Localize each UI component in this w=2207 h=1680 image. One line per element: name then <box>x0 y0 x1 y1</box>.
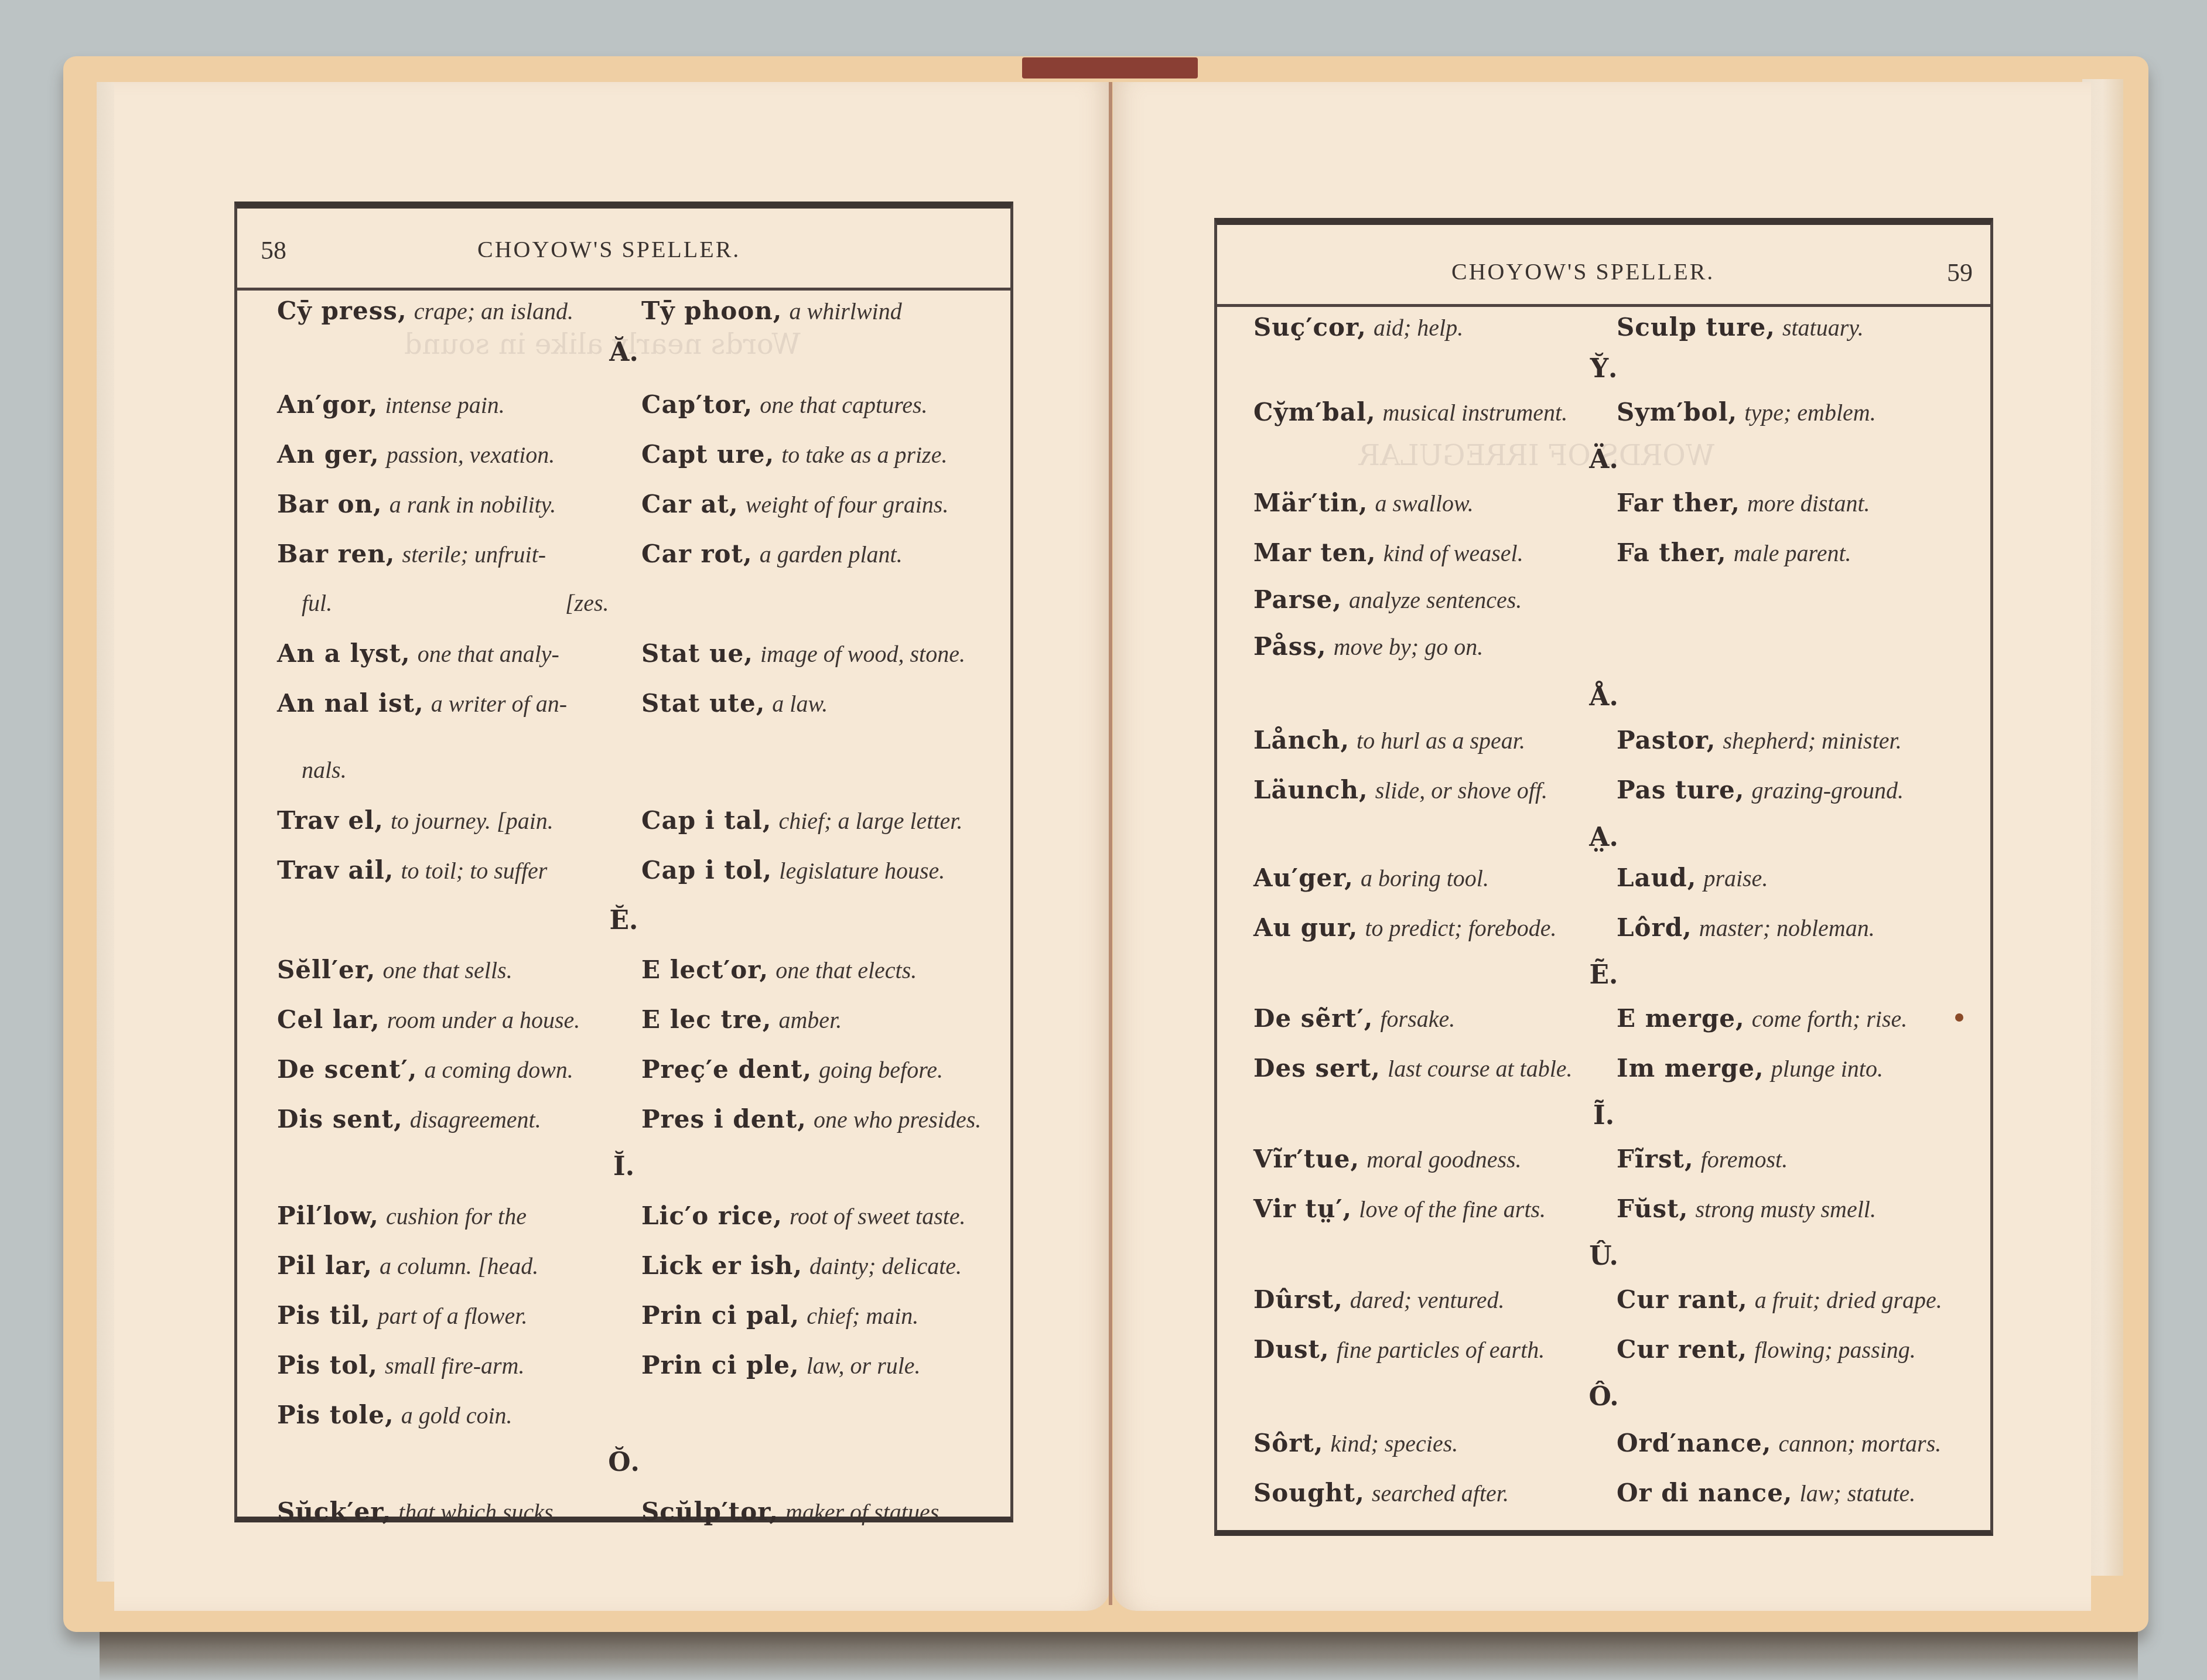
entry-word: An′gor, <box>277 390 378 419</box>
vowel-heading: Ă. <box>237 337 1010 367</box>
entry-definition: disagreement. <box>410 1107 541 1133</box>
dictionary-entry: Cap i tal, chief; a large letter. <box>641 806 962 835</box>
entry-row: Sĕll′er, one that sells.E lect′or, one t… <box>237 955 1010 996</box>
dictionary-entry: Bar on, a rank in nobility. <box>277 490 556 518</box>
dictionary-entry: Tȳ phoon, a whirlwind <box>641 296 902 325</box>
dictionary-entry: Des sert, last course at table. <box>1253 1054 1573 1083</box>
dictionary-entry: Pis til, part of a flower. <box>277 1301 527 1330</box>
entry-definition: strong musty smell. <box>1695 1196 1876 1223</box>
entry-definition: to journey. [pain. <box>391 808 554 834</box>
running-title: CHOYOW'S SPELLER. <box>1451 258 1714 285</box>
continuation-line: nals. <box>237 756 1010 797</box>
entry-word: Sym′bol, <box>1617 398 1737 426</box>
entry-word: Des sert, <box>1253 1054 1381 1083</box>
dictionary-entry: Or di nance, law; statute. <box>1617 1478 1915 1507</box>
entry-definition: a garden plant. <box>760 541 903 568</box>
entry-word: Sŭck′er, <box>277 1497 391 1526</box>
entry-row: Pil lar, a column. [head.Lick er ish, da… <box>237 1251 1010 1292</box>
dictionary-entry: Trav el, to journey. [pain. <box>277 806 554 835</box>
dictionary-entry: Lånch, to hurl as a spear. <box>1253 726 1525 754</box>
entry-definition: type; emblem. <box>1744 399 1875 426</box>
entry-definition: slide, or shove off. <box>1375 777 1547 804</box>
entry-word: Fĩrst, <box>1617 1145 1694 1173</box>
dictionary-entry: Dis sent, disagreement. <box>277 1105 541 1133</box>
entry-word: Or di nance, <box>1617 1478 1792 1507</box>
entry-definition: a swallow. <box>1375 490 1474 517</box>
dictionary-entry: Lôrd, master; nobleman. <box>1617 913 1875 942</box>
entry-definition: law; statute. <box>1800 1480 1916 1507</box>
entry-word: An ger, <box>277 440 380 469</box>
entry-definition: room under a house. <box>387 1007 580 1033</box>
left-page-frame: 58 CHOYOW'S SPELLER. Cȳ press, crape; an… <box>234 202 1013 1522</box>
entry-row: An a lyst, one that analy-Stat ue, image… <box>237 639 1010 680</box>
entry-word: Mar ten, <box>1253 538 1376 567</box>
entry-row: Lånch, to hurl as a spear.Pastor, shephe… <box>1217 726 1990 767</box>
entry-definition: forsake. <box>1380 1006 1455 1032</box>
entry-definition: a fruit; dried grape. <box>1755 1287 1942 1313</box>
entry-definition: a boring tool. <box>1361 865 1489 892</box>
entry-word: Dûrst, <box>1253 1285 1343 1314</box>
entry-word: An a lyst, <box>277 639 411 668</box>
entry-row: Vĩr′tue, moral goodness.Fĩrst, foremost. <box>1217 1145 1990 1186</box>
entry-word: Far ther, <box>1617 489 1740 517</box>
dictionary-entry: An ger, passion, vexation. <box>277 440 555 469</box>
entry-word: Capt ure, <box>641 440 774 469</box>
dictionary-entry: Prin ci pal, chief; main. <box>641 1301 918 1330</box>
entry-row: Cȳ press, crape; an island.Tȳ phoon, a w… <box>237 296 1010 337</box>
vowel-heading: Ẽ. <box>1217 960 1990 990</box>
entry-word: Trav ail, <box>277 856 394 885</box>
entry-word: E lec tre, <box>641 1005 771 1034</box>
dictionary-entry: An′gor, intense pain. <box>277 390 505 419</box>
entry-definition: to toil; to suffer <box>401 858 547 884</box>
entry-word: Lôrd, <box>1617 913 1692 942</box>
entry-definition: one who presides. <box>814 1107 981 1133</box>
entry-definition: one that captures. <box>760 392 927 418</box>
entry-definition: male parent. <box>1734 540 1851 566</box>
entry-row: De scent′, a coming down.Preç′e dent, go… <box>237 1055 1010 1096</box>
vowel-heading: Ĭ. <box>237 1152 1010 1182</box>
entry-definition: a whirlwind <box>789 298 901 325</box>
dictionary-entry: Cap i tol, legislature house. <box>641 856 945 885</box>
dictionary-entry: Au′ger, a boring tool. <box>1253 863 1489 892</box>
dictionary-entry: Pastor, shepherd; minister. <box>1617 726 1902 754</box>
entry-word: Påss, <box>1253 632 1327 661</box>
dictionary-entry: Fŭst, strong musty smell. <box>1617 1194 1876 1223</box>
dictionary-entry: Au gur, to predict; forebode. <box>1253 913 1556 942</box>
running-head: CHOYOW'S SPELLER. 59 <box>1217 231 1990 307</box>
entry-definition: statuary. <box>1782 315 1864 341</box>
entry-word: Suç′cor, <box>1253 313 1366 342</box>
entry-word: Scŭlp′tor, <box>641 1497 778 1526</box>
entry-word: Trav el, <box>277 806 384 835</box>
entry-row: Läunch, slide, or shove off.Pas ture, gr… <box>1217 776 1990 817</box>
entry-word: Tȳ phoon, <box>641 296 782 325</box>
dictionary-entry: Fa ther, male parent. <box>1617 538 1851 567</box>
dictionary-entry: Pas ture, grazing-ground. <box>1617 776 1904 804</box>
entry-word: De sẽrt′, <box>1253 1004 1373 1033</box>
entry-word: Sculp ture, <box>1617 313 1775 342</box>
entry-row: Au gur, to predict; forebode.Lôrd, maste… <box>1217 913 1990 954</box>
entry-word: Dust, <box>1253 1335 1330 1364</box>
entry-definition: image of wood, stone. <box>760 641 965 667</box>
dictionary-entry: Cur rant, a fruit; dried grape. <box>1617 1285 1942 1314</box>
dictionary-entry: De scent′, a coming down. <box>277 1055 573 1084</box>
entry-word: Au gur, <box>1253 913 1358 942</box>
entry-word: Pis til, <box>277 1301 371 1330</box>
entry-word: Cap′tor, <box>641 390 753 419</box>
entry-definition: dainty; delicate. <box>809 1253 962 1279</box>
entry-definition: a coming down. <box>424 1057 573 1083</box>
entry-definition: to predict; forebode. <box>1365 915 1556 941</box>
entry-row: Parse, analyze sentences. <box>1217 585 1990 626</box>
dictionary-entry: Suç′cor, aid; help. <box>1253 313 1463 342</box>
entry-word: Stat ute, <box>641 689 765 718</box>
entry-definition: move by; go on. <box>1334 634 1483 660</box>
entry-word: E merge, <box>1617 1004 1745 1033</box>
entry-definition: flowing; passing. <box>1754 1337 1916 1363</box>
entry-definition: weight of four grains. <box>746 491 949 518</box>
entry-definition: cushion for the <box>386 1203 527 1230</box>
entry-row: An ger, passion, vexation.Capt ure, to t… <box>237 440 1010 481</box>
entry-definition: that which sucks. <box>398 1499 559 1525</box>
dictionary-entry: Vĩr′tue, moral goodness. <box>1253 1145 1522 1173</box>
entry-definition: chief; a large letter. <box>779 808 963 834</box>
dictionary-entry: Car at, weight of four grains. <box>641 490 948 518</box>
entry-word: Bar ren, <box>277 539 395 568</box>
dictionary-entry: Scŭlp′tor, maker of statues. <box>641 1497 945 1526</box>
vowel-heading: Ĩ. <box>1217 1101 1990 1131</box>
dictionary-entry: Sym′bol, type; emblem. <box>1617 398 1876 426</box>
entry-word: Pastor, <box>1617 726 1716 754</box>
vowel-heading: Ĕ. <box>237 906 1010 935</box>
entry-row: Mar ten, kind of weasel.Fa ther, male pa… <box>1217 538 1990 579</box>
entry-row: Trav ail, to toil; to sufferCap i tol, l… <box>237 856 1010 897</box>
entry-definition: intense pain. <box>385 392 504 418</box>
dictionary-entry: An a lyst, one that analy- <box>277 639 559 668</box>
entry-definition: grazing-ground. <box>1751 777 1904 804</box>
dictionary-entry: Bar ren, sterile; unfruit- <box>277 539 546 568</box>
dictionary-entry: Trav ail, to toil; to suffer <box>277 856 547 885</box>
entry-word: Prin ci ple, <box>641 1351 800 1379</box>
right-page-frame: CHOYOW'S SPELLER. 59 Suç′cor, aid; help.… <box>1214 218 1993 1536</box>
entry-word: Lick er ish, <box>641 1251 802 1280</box>
entry-definition: moral goodness. <box>1366 1146 1521 1173</box>
page-number: 58 <box>261 235 286 265</box>
entry-word: Cur rent, <box>1617 1335 1747 1364</box>
dictionary-entry: Cel lar, room under a house. <box>277 1005 580 1034</box>
entry-definition: musical instrument. <box>1383 399 1568 426</box>
dictionary-entry: Im merge, plunge into. <box>1617 1054 1883 1083</box>
entry-definition: kind; species. <box>1331 1430 1458 1457</box>
entry-row: Sŭck′er, that which sucks.Scŭlp′tor, mak… <box>237 1497 1010 1538</box>
entry-definition: passion, vexation. <box>387 442 555 468</box>
entry-word: Pis tole, <box>277 1401 394 1429</box>
entry-row: Cy̆m′bal, musical instrument.Sym′bol, ty… <box>1217 398 1990 439</box>
dictionary-entry: Pil′low, cushion for the <box>277 1201 527 1230</box>
entry-definition: cannon; mortars. <box>1778 1430 1941 1457</box>
entry-definition: plunge into. <box>1771 1056 1883 1082</box>
dictionary-entry: Sĕll′er, one that sells. <box>277 955 513 984</box>
entry-definition: crape; an island. <box>414 298 573 325</box>
entry-definition: one that analy- <box>418 641 559 667</box>
entry-word: Bar on, <box>277 490 382 518</box>
entry-word: Parse, <box>1253 585 1342 614</box>
entry-word: Sought, <box>1253 1478 1365 1507</box>
dictionary-entry: Cap′tor, one that captures. <box>641 390 928 419</box>
entry-row: Dûrst, dared; ventured.Cur rant, a fruit… <box>1217 1285 1990 1326</box>
entry-row: Dust, fine particles of earth.Cur rent, … <box>1217 1335 1990 1376</box>
entry-word: Pres i dent, <box>641 1105 807 1133</box>
entry-row: Pis tol, small fire-arm.Prin ci ple, law… <box>237 1351 1010 1392</box>
entry-row: An′gor, intense pain.Cap′tor, one that c… <box>237 390 1010 431</box>
entry-word: Vir tṳ′, <box>1253 1194 1352 1223</box>
entry-definition: praise. <box>1703 865 1768 892</box>
dictionary-entry: Cy̆m′bal, musical instrument. <box>1253 398 1567 426</box>
entry-word: Mär′tin, <box>1253 489 1368 517</box>
dictionary-entry: Pres i dent, one who presides. <box>641 1105 981 1133</box>
entry-word: Cap i tal, <box>641 806 771 835</box>
dictionary-entry: E lec tre, amber. <box>641 1005 842 1034</box>
entry-definition: one that elects. <box>775 957 917 984</box>
entry-definition: one that sells. <box>383 957 513 984</box>
entry-row: Vir tṳ′, love of the fine arts.Fŭst, str… <box>1217 1194 1990 1235</box>
entry-definition: kind of weasel. <box>1383 540 1523 566</box>
entry-definition: small fire-arm. <box>385 1353 525 1379</box>
entry-definition: a writer of an- <box>431 691 567 717</box>
entry-row: Pis til, part of a flower.Prin ci pal, c… <box>237 1301 1010 1342</box>
vowel-heading: Ŏ. <box>237 1447 1010 1477</box>
entry-word: Pas ture, <box>1617 776 1744 804</box>
entry-word: Pil′low, <box>277 1201 379 1230</box>
entry-row: Au′ger, a boring tool.Laud, praise. <box>1217 863 1990 904</box>
entry-row: Suç′cor, aid; help.Sculp ture, statuary. <box>1217 313 1990 354</box>
spine-headband <box>1022 57 1198 78</box>
entry-word: Stat ue, <box>641 639 753 668</box>
entry-row: Bar ren, sterile; unfruit-Car rot, a gar… <box>237 539 1010 581</box>
dictionary-entry: Lic′o rice, root of sweet taste. <box>641 1201 966 1230</box>
entry-row: Des sert, last course at table.Im merge,… <box>1217 1054 1990 1095</box>
entry-definition: searched after. <box>1372 1480 1509 1507</box>
dictionary-entry: Dûrst, dared; ventured. <box>1253 1285 1504 1314</box>
vowel-heading: Û. <box>1217 1241 1990 1271</box>
entry-word: Lic′o rice, <box>641 1201 783 1230</box>
entry-row: Påss, move by; go on. <box>1217 632 1990 673</box>
entry-row: Dis sent, disagreement.Pres i dent, one … <box>237 1105 1010 1146</box>
dictionary-entry: Parse, analyze sentences. <box>1253 585 1522 614</box>
entry-word: Ord′nance, <box>1617 1429 1771 1457</box>
dictionary-entry: Laud, praise. <box>1617 863 1768 892</box>
dictionary-entry: Påss, move by; go on. <box>1253 632 1483 661</box>
entry-definition: a column. [head. <box>380 1253 538 1279</box>
entry-definition: master; nobleman. <box>1699 915 1875 941</box>
dictionary-entry: Sôrt, kind; species. <box>1253 1429 1458 1457</box>
dictionary-entry: Cȳ press, crape; an island. <box>277 296 573 325</box>
entry-word: Im merge, <box>1617 1054 1764 1083</box>
dictionary-entry: Sculp ture, statuary. <box>1617 313 1864 342</box>
vowel-heading: A̤. <box>1217 822 1990 852</box>
entry-word: Cȳ press, <box>277 296 407 325</box>
entry-row: Sought, searched after.Or di nance, law;… <box>1217 1478 1990 1519</box>
entry-definition: to hurl as a spear. <box>1357 728 1525 754</box>
vowel-heading: Ä. <box>1217 445 1990 474</box>
entry-row: An nal ist, a writer of an-Stat ute, a l… <box>237 689 1010 730</box>
running-title: CHOYOW'S SPELLER. <box>477 235 740 263</box>
dictionary-entry: Car rot, a garden plant. <box>641 539 903 568</box>
dictionary-entry: Pis tole, a gold coin. <box>277 1401 513 1429</box>
entry-word: Lånch, <box>1253 726 1350 754</box>
entry-word: Prin ci pal, <box>641 1301 800 1330</box>
entry-word: An nal ist, <box>277 689 424 718</box>
dictionary-entry: Pis tol, small fire-arm. <box>277 1351 524 1379</box>
entry-definition: analyze sentences. <box>1349 587 1522 613</box>
dictionary-entry: E lect′or, one that elects. <box>641 955 917 984</box>
entry-definition: fine particles of earth. <box>1337 1337 1545 1363</box>
dictionary-entry: Mär′tin, a swallow. <box>1253 489 1474 517</box>
entry-word: Sôrt, <box>1253 1429 1324 1457</box>
entry-word: Pil lar, <box>277 1251 373 1280</box>
dictionary-entry: Mar ten, kind of weasel. <box>1253 538 1523 567</box>
entry-word: Fŭst, <box>1617 1194 1688 1223</box>
dictionary-entry: Läunch, slide, or shove off. <box>1253 776 1547 804</box>
entry-word: Car rot, <box>641 539 753 568</box>
entry-definition: foremost. <box>1701 1146 1788 1173</box>
book-gutter <box>1109 82 1112 1605</box>
entry-definition: aid; help. <box>1374 315 1463 341</box>
entry-word: Preç′e dent, <box>641 1055 812 1084</box>
entry-definition: part of a flower. <box>378 1303 528 1329</box>
entry-row: Mär′tin, a swallow.Far ther, more distan… <box>1217 489 1990 530</box>
definition-continuation: nals. <box>302 756 347 784</box>
entry-definition: dared; ventured. <box>1350 1287 1505 1313</box>
entry-word: E lect′or, <box>641 955 768 984</box>
entry-word: Sĕll′er, <box>277 955 375 984</box>
entry-word: Cur rant, <box>1617 1285 1748 1314</box>
entry-definition: come forth; rise. <box>1752 1006 1908 1032</box>
entry-definition: amber. <box>778 1007 842 1033</box>
entry-row: Bar on, a rank in nobility.Car at, weigh… <box>237 490 1010 531</box>
entry-word: Pis tol, <box>277 1351 378 1379</box>
entry-word: Cel lar, <box>277 1005 380 1034</box>
vowel-heading: Ô. <box>1217 1382 1990 1412</box>
entry-row: De sẽrt′, forsake.E merge, come forth; r… <box>1217 1004 1990 1045</box>
entry-list: Cȳ press, crape; an island.Tȳ phoon, a w… <box>237 296 1010 1517</box>
entry-definition: a law. <box>772 691 828 717</box>
running-head: 58 CHOYOW'S SPELLER. <box>237 209 1010 291</box>
dictionary-entry: Prin ci ple, law, or rule. <box>641 1351 921 1379</box>
dictionary-entry: Stat ue, image of wood, stone. <box>641 639 965 668</box>
entry-word: Car at, <box>641 490 739 518</box>
dictionary-entry: Lick er ish, dainty; delicate. <box>641 1251 962 1280</box>
entry-definition: to take as a prize. <box>781 442 947 468</box>
entry-list: Suç′cor, aid; help.Sculp ture, statuary.… <box>1217 313 1990 1530</box>
entry-row: Pis tole, a gold coin. <box>237 1401 1010 1442</box>
entry-definition: law, or rule. <box>807 1353 921 1379</box>
dictionary-entry: An nal ist, a writer of an- <box>277 689 567 718</box>
entry-definition: chief; main. <box>807 1303 918 1329</box>
dictionary-entry: Sought, searched after. <box>1253 1478 1509 1507</box>
vowel-heading: Å. <box>1217 682 1990 712</box>
entry-definition: sterile; unfruit- <box>402 541 546 568</box>
dictionary-entry: Pil lar, a column. [head. <box>277 1251 538 1280</box>
dictionary-entry: De sẽrt′, forsake. <box>1253 1004 1455 1033</box>
entry-definition: a gold coin. <box>401 1402 513 1429</box>
entry-word: Laud, <box>1617 863 1696 892</box>
vowel-heading: Y̆. <box>1217 354 1990 384</box>
dictionary-entry: Sŭck′er, that which sucks. <box>277 1497 559 1526</box>
entry-word: Vĩr′tue, <box>1253 1145 1359 1173</box>
dictionary-entry: Ord′nance, cannon; mortars. <box>1617 1429 1941 1457</box>
dictionary-entry: E merge, come forth; rise. <box>1617 1004 1907 1033</box>
dictionary-entry: Preç′e dent, going before. <box>641 1055 943 1084</box>
page-number: 59 <box>1947 258 1973 288</box>
ink-spot <box>1955 1013 1963 1022</box>
entry-definition: root of sweet taste. <box>790 1203 966 1230</box>
entry-word: Au′ger, <box>1253 863 1354 892</box>
dictionary-entry: Far ther, more distant. <box>1617 489 1870 517</box>
definition-continuation: ful. <box>302 589 332 617</box>
entry-word: Cap i tol, <box>641 856 772 885</box>
dictionary-entry: Cur rent, flowing; passing. <box>1617 1335 1916 1364</box>
continuation-line: ful.[zes. <box>237 589 1010 630</box>
entry-row: Trav el, to journey. [pain.Cap i tal, ch… <box>237 806 1010 847</box>
entry-definition: shepherd; minister. <box>1723 728 1902 754</box>
entry-word: Läunch, <box>1253 776 1368 804</box>
dictionary-entry: Capt ure, to take as a prize. <box>641 440 947 469</box>
dictionary-entry: Stat ute, a law. <box>641 689 828 718</box>
entry-definition: a rank in nobility. <box>390 491 556 518</box>
entry-row: Sôrt, kind; species.Ord′nance, cannon; m… <box>1217 1429 1990 1470</box>
entry-word: Fa ther, <box>1617 538 1727 567</box>
entry-row: Pil′low, cushion for theLic′o rice, root… <box>237 1201 1010 1242</box>
dictionary-entry: Fĩrst, foremost. <box>1617 1145 1788 1173</box>
entry-word: Dis sent, <box>277 1105 403 1133</box>
entry-definition: last course at table. <box>1388 1056 1573 1082</box>
entry-definition: going before. <box>819 1057 943 1083</box>
dictionary-entry: Vir tṳ′, love of the fine arts. <box>1253 1194 1546 1223</box>
entry-word: De scent′, <box>277 1055 417 1084</box>
entry-definition: legislature house. <box>779 858 945 884</box>
definition-continuation: [zes. <box>565 589 609 617</box>
entry-word: Cy̆m′bal, <box>1253 398 1376 426</box>
entry-row: Cel lar, room under a house.E lec tre, a… <box>237 1005 1010 1046</box>
entry-definition: love of the fine arts. <box>1359 1196 1546 1223</box>
entry-definition: more distant. <box>1747 490 1870 517</box>
entry-definition: maker of statues. <box>785 1499 945 1525</box>
dictionary-entry: Dust, fine particles of earth. <box>1253 1335 1545 1364</box>
